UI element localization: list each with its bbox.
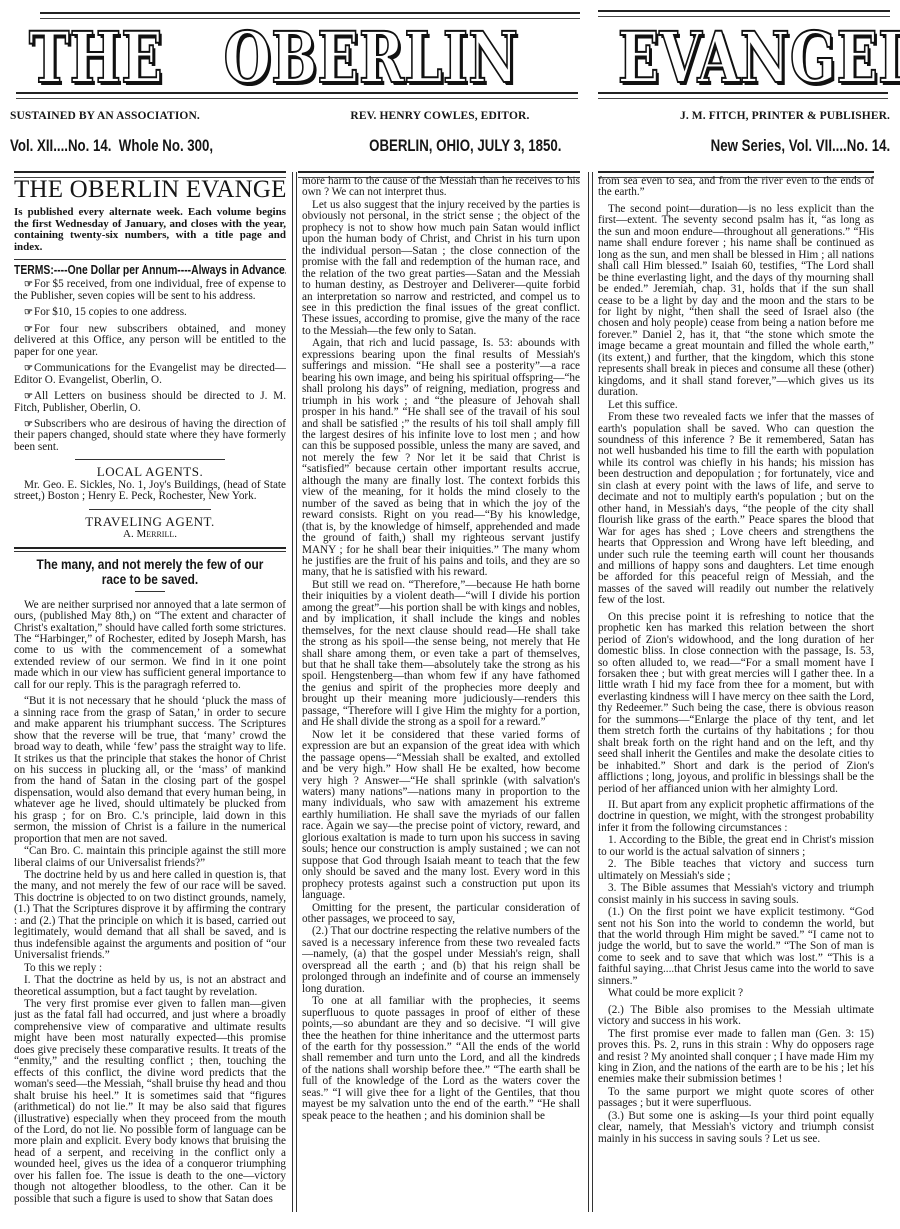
publication-notice-intro: Is published every alternate week. Each … bbox=[14, 207, 286, 253]
article-paragraph: On this precise point it is refreshing t… bbox=[598, 612, 874, 795]
article-paragraph: The first promise ever made to fallen ma… bbox=[598, 1029, 874, 1086]
article-paragraph: II. But apart from any explicit propheti… bbox=[598, 800, 874, 834]
editor-line: REV. HENRY COWLES, EDITOR. bbox=[350, 110, 529, 122]
pointing-hand-icon: ☞ bbox=[24, 324, 32, 335]
volume-number: Vol. XII....No. 14. Whole No. 300, bbox=[10, 136, 213, 156]
series-number: New Series, Vol. VII....No. 14. bbox=[710, 136, 890, 156]
article-paragraph: (2.) The Bible also promises to the Mess… bbox=[598, 1005, 874, 1028]
terms-item: ☞For $10, 15 copies to one address. bbox=[14, 307, 286, 318]
article-paragraph: But still we read on. “Therefore,”—becau… bbox=[302, 580, 580, 729]
divider bbox=[14, 547, 286, 552]
local-agents-heading: LOCAL AGENTS. bbox=[14, 466, 286, 477]
pointing-hand-icon: ☞ bbox=[24, 363, 32, 374]
article-quote: “But it is not necessary that he should … bbox=[14, 696, 286, 845]
masthead-word-the: THE bbox=[29, 22, 163, 94]
article-paragraph: (2.) That our doctrine respecting the re… bbox=[302, 926, 580, 995]
article-quote: “Can Bro. C. maintain this principle aga… bbox=[14, 846, 286, 869]
list-item: 3. The Bible assumes that Messiah's vict… bbox=[598, 883, 874, 906]
traveling-agent-heading: TRAVELING AGENT. bbox=[14, 516, 286, 527]
divider bbox=[135, 591, 165, 592]
article-paragraph: The doctrine held by us and here called … bbox=[14, 870, 286, 962]
list-item: 2. The Bible teaches that victory and su… bbox=[598, 859, 874, 882]
dateline: Vol. XII....No. 14. Whole No. 300, OBERL… bbox=[10, 136, 890, 156]
article-paragraph: To one at all familiar with the propheci… bbox=[302, 996, 580, 1122]
pointing-hand-icon: ☞ bbox=[24, 391, 32, 402]
article-paragraph: (1.) On the first point we have explicit… bbox=[598, 907, 874, 987]
masthead-word-evangelist: EVANGELIST. bbox=[618, 22, 900, 94]
pointing-hand-icon: ☞ bbox=[24, 419, 32, 430]
article-paragraph: From these two revealed facts we infer t… bbox=[598, 412, 874, 607]
date-place: OBERLIN, OHIO, JULY 3, 1850. bbox=[369, 136, 561, 156]
terms-item: ☞All Letters on business should be direc… bbox=[14, 391, 286, 414]
divider bbox=[75, 459, 225, 460]
masthead-word-oberlin: OBERLIN bbox=[223, 22, 518, 94]
terms-heading: TERMS:----One Dollar per Annum----Always… bbox=[14, 265, 285, 276]
terms-item: ☞For four new subscribers obtained, and … bbox=[14, 324, 286, 358]
article-paragraph: Let this suffice. bbox=[598, 400, 874, 411]
traveling-agent-name: A. Merrill. bbox=[14, 529, 286, 540]
article-paragraph: I. That the doctrine as held by us, is n… bbox=[14, 975, 286, 998]
masthead-subhead: SUSTAINED BY AN ASSOCIATION. REV. HENRY … bbox=[10, 110, 890, 122]
article-paragraph: from sea even to sea, and from the river… bbox=[598, 176, 874, 199]
column-2: more harm to the cause of the Messiah th… bbox=[302, 176, 580, 1216]
column-3: from sea even to sea, and from the river… bbox=[598, 176, 874, 1216]
article-paragraph: more harm to the cause of the Messiah th… bbox=[302, 176, 580, 199]
article-paragraph: (3.) But some one is asking—Is your thir… bbox=[598, 1111, 874, 1145]
terms-item: ☞For $5 received, from one individual, f… bbox=[14, 279, 286, 302]
pointing-hand-icon: ☞ bbox=[24, 279, 32, 290]
masthead-title: THE OBERLIN EVANGELIST. bbox=[10, 22, 890, 94]
article-paragraph: To the same purport we might quote score… bbox=[598, 1087, 874, 1110]
masthead-bottom-rule-left bbox=[16, 92, 578, 99]
terms-item: ☞Subscribers who are desirous of having … bbox=[14, 419, 286, 453]
article-title: The many, and not merely the few of our … bbox=[30, 557, 269, 587]
article-paragraph: To this we reply : bbox=[14, 963, 286, 974]
article-paragraph: The very first promise ever given to fal… bbox=[14, 999, 286, 1205]
list-item: 1. According to the Bible, the great end… bbox=[598, 835, 874, 858]
pointing-hand-icon: ☞ bbox=[24, 307, 32, 318]
article-paragraph: We are neither surprised nor annoyed tha… bbox=[14, 600, 286, 692]
divider bbox=[14, 259, 286, 260]
local-agents-text: Mr. Geo. E. Sickles, No. 1, Joy's Buildi… bbox=[14, 480, 286, 503]
masthead-bottom-rule-right bbox=[598, 92, 888, 99]
column-1: THE OBERLIN EVANGELIST, Is published eve… bbox=[14, 176, 286, 1216]
terms-item: ☞Communications for the Evangelist may b… bbox=[14, 363, 286, 386]
article-paragraph: Now let it be considered that these vari… bbox=[302, 730, 580, 902]
article-paragraph: Omitting for the present, the particular… bbox=[302, 903, 580, 926]
article-paragraph: Let us also suggest that the injury rece… bbox=[302, 200, 580, 337]
publication-notice-title: THE OBERLIN EVANGELIST, bbox=[14, 176, 286, 204]
article-paragraph: Again, that rich and lucid passage, Is. … bbox=[302, 338, 580, 579]
column-divider-2 bbox=[588, 172, 593, 1212]
sustained-by-line: SUSTAINED BY AN ASSOCIATION. bbox=[10, 110, 200, 122]
article-paragraph: The second point—duration—is no less exp… bbox=[598, 204, 874, 399]
column-divider-1 bbox=[292, 172, 297, 1212]
printer-line: J. M. FITCH, PRINTER & PUBLISHER. bbox=[680, 110, 890, 122]
divider bbox=[89, 509, 211, 510]
article-paragraph: What could be more explicit ? bbox=[598, 988, 874, 999]
